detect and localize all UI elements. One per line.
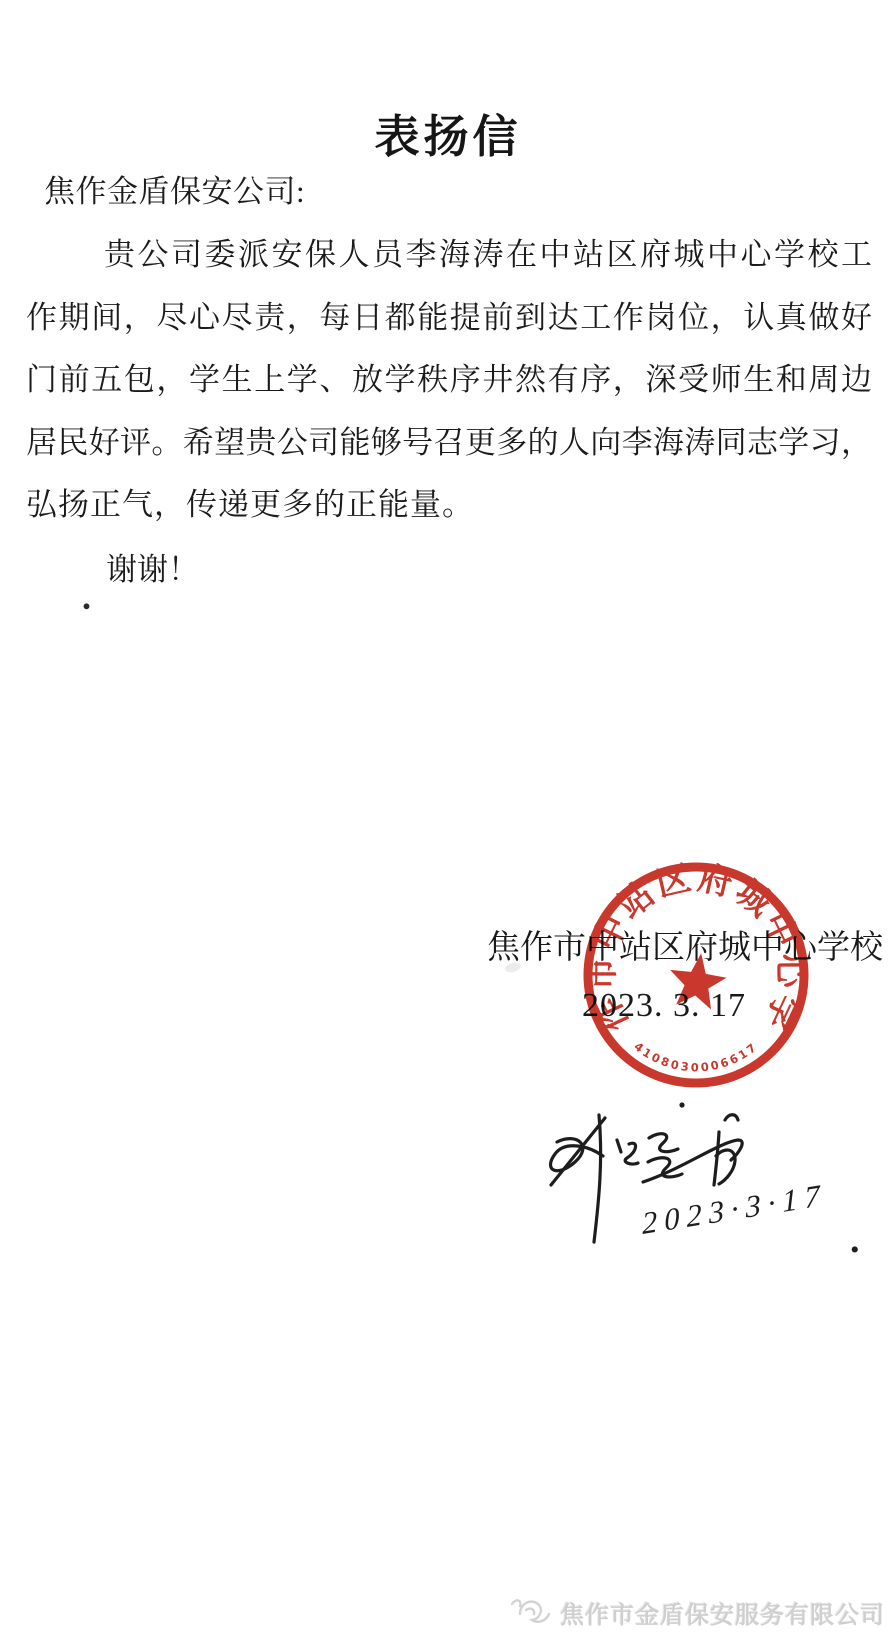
company-logo-icon: [508, 1592, 552, 1632]
body-line-4: 居民好评。希望贵公司能够号召更多的人向李海涛同志学习，: [26, 417, 872, 462]
body-line-5: 弘扬正气，传递更多的正能量。: [26, 479, 474, 524]
signature-stroke: [714, 1132, 719, 1185]
handwritten-period: .: [850, 1218, 860, 1262]
body-line-2: 作期间，尽心尽责，每日都能提前到达工作岗位，认真做好: [26, 292, 872, 337]
body-line-1: 贵公司委派安保人员李海涛在中站区府城中心学校工: [104, 229, 872, 274]
signature-stroke: [725, 1115, 738, 1120]
signature-stroke: [594, 1115, 601, 1242]
seal-star-icon: [665, 949, 729, 1011]
signature-stroke: [625, 1143, 638, 1164]
commendation-letter-page: 表扬信 焦作金盾保安公司: 贵公司委派安保人员李海涛在中站区府城中心学校工 作期…: [0, 0, 896, 1651]
salutation: 焦作金盾保安公司:: [44, 166, 305, 211]
footer: 焦作市金盾保安服务有限公司: [508, 1592, 885, 1632]
signature-stroke: [716, 1150, 735, 1184]
signature-dot: [679, 1102, 684, 1107]
official-seal-stamp: 焦作市中站区府城中心学校 4108030006617: [551, 828, 841, 1118]
company-watermark: 焦作市金盾保安服务有限公司: [560, 1595, 885, 1630]
stray-period: .: [82, 576, 91, 618]
closing-thanks: 谢谢！: [106, 544, 199, 589]
seal-ring-text: 焦作市中站区府城中心学校: [551, 828, 809, 1038]
signature-stroke: [649, 1134, 678, 1152]
signature-stroke: [617, 1140, 621, 1152]
letter-title: 表扬信: [0, 100, 896, 165]
body-line-3: 门前五包，学生上学、放学秩序井然有序，深受师生和周边: [26, 354, 872, 399]
svg-text:焦作市中站区府城中心学校: 焦作市中站区府城中心学校: [551, 828, 809, 1038]
